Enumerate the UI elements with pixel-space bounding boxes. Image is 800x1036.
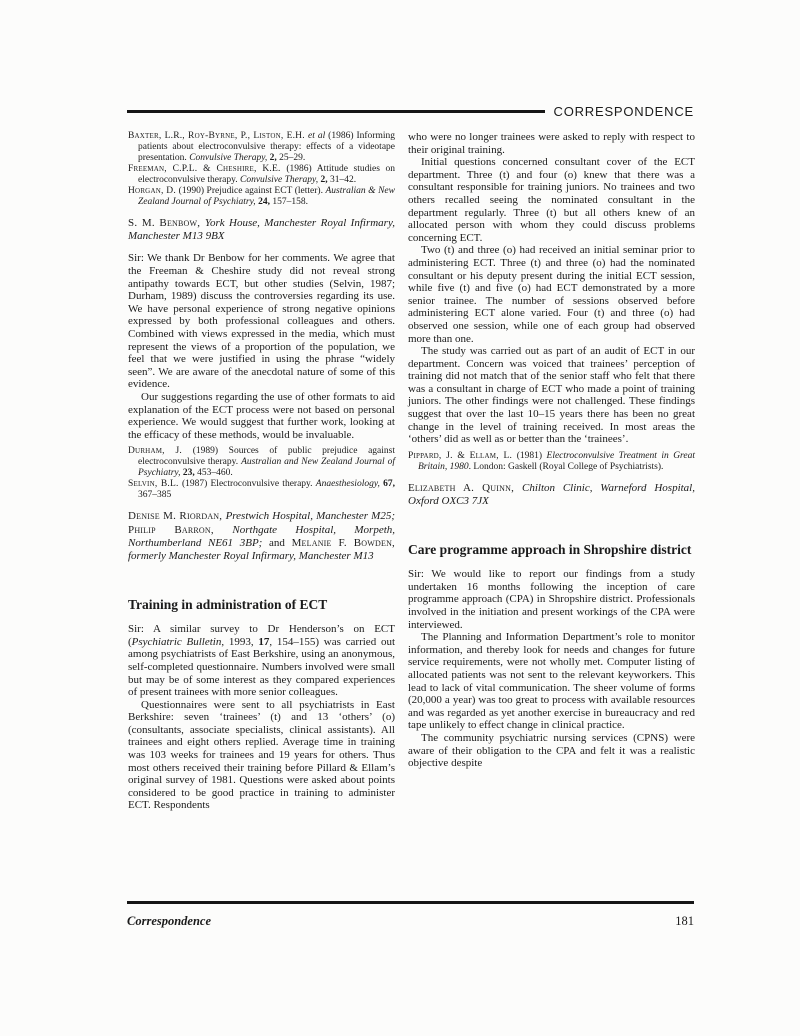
footer-row: Correspondence 181 xyxy=(127,914,694,929)
letter-paragraph: Two (t) and three (o) had received an in… xyxy=(408,244,695,345)
page-footer: Correspondence 181 xyxy=(127,901,694,929)
right-column: who were no longer trainees were asked t… xyxy=(408,131,695,812)
letter-paragraph: who were no longer trainees were asked t… xyxy=(408,131,695,156)
letter-paragraph: Questionnaires were sent to all psychiat… xyxy=(128,699,395,812)
letter-paragraph: Sir: We thank Dr Benbow for her comments… xyxy=(128,252,395,391)
reference-entry-horgan: Horgan, D. (1990) Prejudice against ECT … xyxy=(128,186,395,208)
signature-benbow: S. M. Benbow, York House, Manchester Roy… xyxy=(128,217,395,243)
reference-list-top: Baxter, L.R., Roy-Byrne, P., Liston, E.H… xyxy=(128,131,395,208)
letter-paragraph: The community psychiatric nursing servic… xyxy=(408,732,695,770)
reference-entry-freeman: Freeman, C.P.L. & Cheshire, K.E. (1986) … xyxy=(128,164,395,186)
left-column: Baxter, L.R., Roy-Byrne, P., Liston, E.H… xyxy=(128,131,395,812)
reference-entry-pippard: Pippard, J. & Ellam, L. (1981) Electroco… xyxy=(408,451,695,473)
letter-heading-cpa: Care programme approach in Shropshire di… xyxy=(408,542,695,558)
reference-entry-selvin: Selvin, B.L. (1987) Electroconvulsive th… xyxy=(128,479,395,501)
text-columns: Baxter, L.R., Roy-Byrne, P., Liston, E.H… xyxy=(128,131,695,812)
reference-list-training: Pippard, J. & Ellam, L. (1981) Electroco… xyxy=(408,451,695,473)
letter-paragraph: Sir: A similar survey to Dr Henderson’s … xyxy=(128,623,395,699)
page-header: CORRESPONDENCE xyxy=(127,104,694,119)
letter-paragraph: The study was carried out as part of an … xyxy=(408,345,695,446)
footer-rule xyxy=(127,901,694,904)
letter-paragraph: Sir: We would like to report our finding… xyxy=(408,568,695,631)
footer-section-label: Correspondence xyxy=(127,914,211,929)
letter-paragraph: Initial questions concerned consultant c… xyxy=(408,156,695,244)
signature-riordan-barron-bowden: Denise M. Riordan, Prestwich Hospital, M… xyxy=(128,510,395,563)
footer-page-number: 181 xyxy=(675,914,694,929)
letter-heading-training: Training in administration of ECT xyxy=(128,597,395,613)
letter-paragraph: Our suggestions regarding the use of oth… xyxy=(128,391,395,441)
journal-page: CORRESPONDENCE Baxter, L.R., Roy-Byrne, … xyxy=(0,0,800,1036)
letter-paragraph: The Planning and Information Department’… xyxy=(408,631,695,732)
running-head: CORRESPONDENCE xyxy=(554,104,695,119)
signature-quinn: Elizabeth A. Quinn, Chilton Clinic, Warn… xyxy=(408,482,695,508)
reference-list-reply: Durham, J. (1989) Sources of public prej… xyxy=(128,446,395,501)
reference-entry-durham: Durham, J. (1989) Sources of public prej… xyxy=(128,446,395,479)
reference-entry-baxter: Baxter, L.R., Roy-Byrne, P., Liston, E.H… xyxy=(128,131,395,164)
header-rule xyxy=(127,110,545,113)
